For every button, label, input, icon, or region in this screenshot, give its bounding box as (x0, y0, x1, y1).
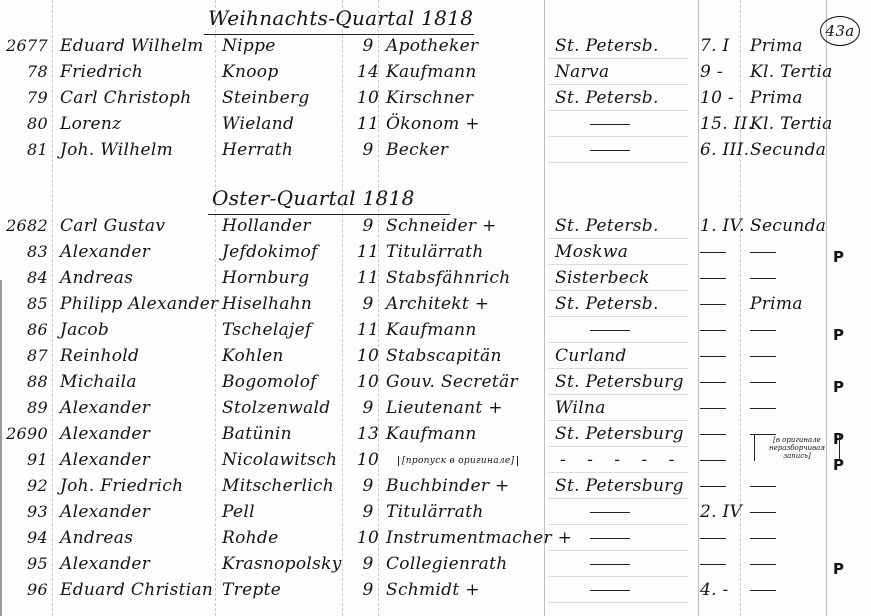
annotation-illegible-entry: [в оригинале неразборчивая запись] (754, 435, 840, 461)
dash-mark (590, 538, 630, 539)
ruled-line (548, 446, 688, 447)
dash-mark (750, 512, 776, 513)
entry-date: 4. - (700, 580, 729, 600)
entry-number: 2682 (4, 216, 48, 235)
father-occupation: Kirschner (386, 88, 473, 108)
dash-mark (750, 408, 776, 409)
class-level: Prima (750, 294, 803, 314)
register-row: 2677Eduard WilhelmNippe9ApothekerSt. Pet… (0, 36, 871, 62)
birthplace: - - - - - (560, 450, 682, 470)
father-occupation: [пропуск в оригинале] (398, 456, 518, 466)
entry-date: 1. IV. (700, 216, 745, 236)
surname: Bogomolof (222, 372, 317, 392)
entry-date: 9 - (700, 62, 723, 82)
age: 10 (356, 88, 380, 108)
dash-mark (750, 590, 776, 591)
age: 9 (356, 216, 380, 236)
surname: Stolzenwald (222, 398, 330, 418)
entry-number: 89 (4, 398, 48, 417)
first-name: Carl Gustav (60, 216, 165, 236)
entry-number: 86 (4, 320, 48, 339)
entry-date: 7. I (700, 36, 730, 56)
age: 9 (356, 294, 380, 314)
dash-mark (590, 512, 630, 513)
age: 9 (356, 36, 380, 56)
birthplace: St. Petersburg (555, 476, 684, 496)
ruled-line (548, 342, 688, 343)
entry-number: 96 (4, 580, 48, 599)
entry-number: 81 (4, 140, 48, 159)
father-occupation: Instrumentmacher + (386, 528, 572, 548)
entry-date (700, 554, 726, 574)
ruled-line (548, 524, 688, 525)
dash-mark (700, 460, 726, 461)
father-occupation: Titulärrath (386, 242, 484, 262)
class-level (750, 320, 776, 340)
surname: Hornburg (222, 268, 309, 288)
dash-mark (750, 486, 776, 487)
dash-mark (700, 278, 726, 279)
class-level (750, 554, 776, 574)
age: 9 (356, 476, 380, 496)
dash-mark (750, 330, 776, 331)
age: 10 (356, 528, 380, 548)
dash-mark (700, 564, 726, 565)
dash-mark (590, 564, 630, 565)
father-occupation: Architekt + (386, 294, 489, 314)
entry-date: 15. II. (700, 114, 753, 134)
section-title: Oster-Quartal 1818 (212, 186, 415, 210)
register-row: 78FriedrichKnoop14KaufmannNarva9 -Kl. Te… (0, 62, 871, 88)
birthplace: St. Petersb. (555, 88, 659, 108)
surname: Nippe (222, 36, 276, 56)
first-name: Alexander (60, 424, 150, 444)
entry-date (700, 476, 726, 496)
birthplace: Moskwa (555, 242, 628, 262)
entry-number: 78 (4, 62, 48, 81)
register-row: 85Philipp AlexanderHiselhahn9Architekt +… (0, 294, 871, 320)
register-row: 89AlexanderStolzenwald9Lieutenant +Wilna (0, 398, 871, 424)
first-name: Eduard Wilhelm (60, 36, 204, 56)
father-occupation: Ökonom + (386, 114, 480, 134)
ruled-line (548, 550, 688, 551)
surname: Rohde (222, 528, 278, 548)
entry-date (700, 398, 726, 418)
first-name: Andreas (60, 528, 133, 548)
entry-date: 10 - (700, 88, 734, 108)
section-title: Weihnachts-Quartal 1818 (208, 6, 473, 30)
register-row: 84AndreasHornburg11StabsfähnrichSisterbe… (0, 268, 871, 294)
class-level (750, 372, 776, 392)
dash-mark (750, 356, 776, 357)
register-row: 2682Carl GustavHollander9Schneider +St. … (0, 216, 871, 242)
father-occupation: Schmidt + (386, 580, 480, 600)
surname: Herrath (222, 140, 293, 160)
birthplace: St. Petersb. (555, 36, 659, 56)
surname: Pell (222, 502, 255, 522)
ruled-line (548, 84, 688, 85)
first-name: Alexander (60, 502, 150, 522)
register-row: 86JacobTschelajef11KaufmannP (0, 320, 871, 346)
dash-mark (700, 538, 726, 539)
father-occupation: Titulärrath (386, 502, 484, 522)
first-name: Carl Christoph (60, 88, 191, 108)
register-row: 87ReinholdKohlen10StabscapitänCurland (0, 346, 871, 372)
father-occupation: Gouv. Secretär (386, 372, 518, 392)
age: 11 (356, 242, 380, 262)
surname: Nicolawitsch (222, 450, 337, 470)
dash-mark (700, 252, 726, 253)
ruled-line (548, 472, 688, 473)
dash-mark (700, 304, 726, 305)
ruled-line (548, 498, 688, 499)
ruled-line (548, 290, 688, 291)
class-level (750, 268, 776, 288)
dash-mark (700, 356, 726, 357)
ruled-line (548, 394, 688, 395)
age: 10 (356, 372, 380, 392)
class-level: Kl. Tertia (750, 114, 833, 134)
first-name: Joh. Friedrich (60, 476, 183, 496)
ruled-line (548, 238, 688, 239)
section-title-underline (208, 214, 450, 215)
entry-number: 93 (4, 502, 48, 521)
register-page: 43a Weihnachts-Quartal 1818 2677Eduard W… (0, 0, 871, 616)
register-row: 2690AlexanderBatünin13KaufmannSt. Peters… (0, 424, 871, 450)
entry-date (700, 424, 726, 444)
ruled-line (548, 136, 688, 137)
dash-mark (700, 434, 726, 435)
entry-number: 2690 (4, 424, 48, 443)
first-name: Reinhold (60, 346, 139, 366)
entry-date: 6. III. (700, 140, 749, 160)
ruled-line (548, 602, 688, 603)
entry-number: 84 (4, 268, 48, 287)
surname: Hiselhahn (222, 294, 312, 314)
father-occupation: Stabscapitän (386, 346, 502, 366)
birthplace: St. Petersburg (555, 372, 684, 392)
entry-number: 85 (4, 294, 48, 313)
entry-date (700, 450, 726, 470)
register-row: 88MichailaBogomolof10Gouv. SecretärSt. P… (0, 372, 871, 398)
birthplace (590, 140, 630, 160)
section-title-underline (204, 34, 474, 35)
entry-date (700, 242, 726, 262)
age: 9 (356, 554, 380, 574)
age: 9 (356, 502, 380, 522)
father-occupation: Schneider + (386, 216, 497, 236)
entry-date: 2. IV (700, 502, 742, 522)
register-row: 95AlexanderKrasnopolsky9CollegienrathP (0, 554, 871, 580)
surname: Kohlen (222, 346, 284, 366)
ruled-line (548, 368, 688, 369)
father-occupation: Kaufmann (386, 320, 477, 340)
p-mark: P (833, 326, 844, 344)
age: 11 (356, 268, 380, 288)
register-row: 93AlexanderPell9Titulärrath2. IV (0, 502, 871, 528)
birthplace: Narva (555, 62, 609, 82)
first-name: Jacob (60, 320, 109, 340)
entry-date (700, 320, 726, 340)
ruled-line (548, 264, 688, 265)
birthplace (590, 114, 630, 134)
age: 10 (356, 346, 380, 366)
dash-mark (700, 382, 726, 383)
entry-number: 80 (4, 114, 48, 133)
first-name: Alexander (60, 450, 150, 470)
dash-mark (750, 278, 776, 279)
p-mark: P (833, 560, 844, 578)
dash-mark (700, 486, 726, 487)
ruled-line (548, 58, 688, 59)
birthplace: St. Petersb. (555, 294, 659, 314)
dash-mark (590, 150, 630, 151)
class-level: Prima (750, 88, 803, 108)
dash-mark (750, 382, 776, 383)
first-name: Alexander (60, 242, 150, 262)
father-occupation: Kaufmann (386, 62, 477, 82)
birthplace: St. Petersb. (555, 216, 659, 236)
class-level (750, 398, 776, 418)
class-level: Prima (750, 36, 803, 56)
class-level (750, 476, 776, 496)
first-name: Eduard Christian (60, 580, 213, 600)
register-row: 96Eduard ChristianTrepte9Schmidt +4. - (0, 580, 871, 606)
entry-number: 88 (4, 372, 48, 391)
surname: Trepte (222, 580, 281, 600)
father-occupation: Becker (386, 140, 448, 160)
first-name: Friedrich (60, 62, 143, 82)
register-row: 83AlexanderJefdokimof11TitulärrathMoskwa… (0, 242, 871, 268)
father-occupation: Buchbinder + (386, 476, 510, 496)
register-row: 80LorenzWieland11Ökonom +15. II.Kl. Tert… (0, 114, 871, 140)
first-name: Alexander (60, 398, 150, 418)
surname: Hollander (222, 216, 311, 236)
dash-mark (590, 330, 630, 331)
register-row: 94AndreasRohde10Instrumentmacher + (0, 528, 871, 554)
surname: Jefdokimof (222, 242, 318, 262)
surname: Steinberg (222, 88, 310, 108)
dash-mark (700, 408, 726, 409)
age: 9 (356, 398, 380, 418)
surname: Mitscherlich (222, 476, 334, 496)
age: 10 (356, 450, 380, 470)
age: 9 (356, 140, 380, 160)
ruled-line (548, 420, 688, 421)
p-mark: P (833, 248, 844, 266)
entry-number: 95 (4, 554, 48, 573)
entry-number: 92 (4, 476, 48, 495)
father-occupation: Kaufmann (386, 424, 477, 444)
class-level (750, 502, 776, 522)
age: 14 (356, 62, 380, 82)
entry-number: 94 (4, 528, 48, 547)
entry-date (700, 294, 726, 314)
first-name: Alexander (60, 554, 150, 574)
class-level: Secunda (750, 216, 826, 236)
register-row: 92Joh. FriedrichMitscherlich9Buchbinder … (0, 476, 871, 502)
entry-number: 79 (4, 88, 48, 107)
entry-number: 87 (4, 346, 48, 365)
birthplace (590, 320, 630, 340)
ruled-line (548, 162, 688, 163)
birthplace: St. Petersburg (555, 424, 684, 444)
first-name: Joh. Wilhelm (60, 140, 173, 160)
birthplace (590, 502, 630, 522)
entry-number: 91 (4, 450, 48, 469)
birthplace: Wilna (555, 398, 606, 418)
entry-date (700, 372, 726, 392)
first-name: Andreas (60, 268, 133, 288)
ruled-line (548, 576, 688, 577)
entry-number: 2677 (4, 36, 48, 55)
dash-mark (750, 252, 776, 253)
father-occupation: Collegienrath (386, 554, 507, 574)
surname: Krasnopolsky (222, 554, 342, 574)
class-level (750, 528, 776, 548)
first-name: Philipp Alexander (60, 294, 218, 314)
p-mark: P (833, 378, 844, 396)
birthplace (590, 528, 630, 548)
entry-date (700, 528, 726, 548)
father-occupation: Stabsfähnrich (386, 268, 510, 288)
age: 13 (356, 424, 380, 444)
father-occupation: Apotheker (386, 36, 478, 56)
register-row: 81Joh. WilhelmHerrath9Becker6. III.Secun… (0, 140, 871, 166)
class-level (750, 580, 776, 600)
surname: Tschelajef (222, 320, 312, 340)
dash-mark (750, 538, 776, 539)
dash-mark (750, 564, 776, 565)
ruled-line (548, 316, 688, 317)
class-level: Secunda (750, 140, 826, 160)
surname: Knoop (222, 62, 279, 82)
dash-mark (700, 330, 726, 331)
first-name: Lorenz (60, 114, 121, 134)
class-level (750, 346, 776, 366)
class-level: Kl. Tertia (750, 62, 833, 82)
birthplace: Curland (555, 346, 627, 366)
surname: Batünin (222, 424, 292, 444)
age: 11 (356, 320, 380, 340)
class-level (750, 242, 776, 262)
birthplace: Sisterbeck (555, 268, 650, 288)
father-occupation: Lieutenant + (386, 398, 503, 418)
entry-number: 83 (4, 242, 48, 261)
ruled-line (548, 110, 688, 111)
age: 9 (356, 580, 380, 600)
dash-mark (590, 124, 630, 125)
birthplace (590, 580, 630, 600)
dash-mark (590, 590, 630, 591)
first-name: Michaila (60, 372, 137, 392)
entry-date (700, 346, 726, 366)
surname: Wieland (222, 114, 294, 134)
age: 11 (356, 114, 380, 134)
birthplace (590, 554, 630, 574)
register-row: 79Carl ChristophSteinberg10KirschnerSt. … (0, 88, 871, 114)
entry-date (700, 268, 726, 288)
register-row: 91AlexanderNicolawitsch10[пропуск в ориг… (0, 450, 871, 476)
